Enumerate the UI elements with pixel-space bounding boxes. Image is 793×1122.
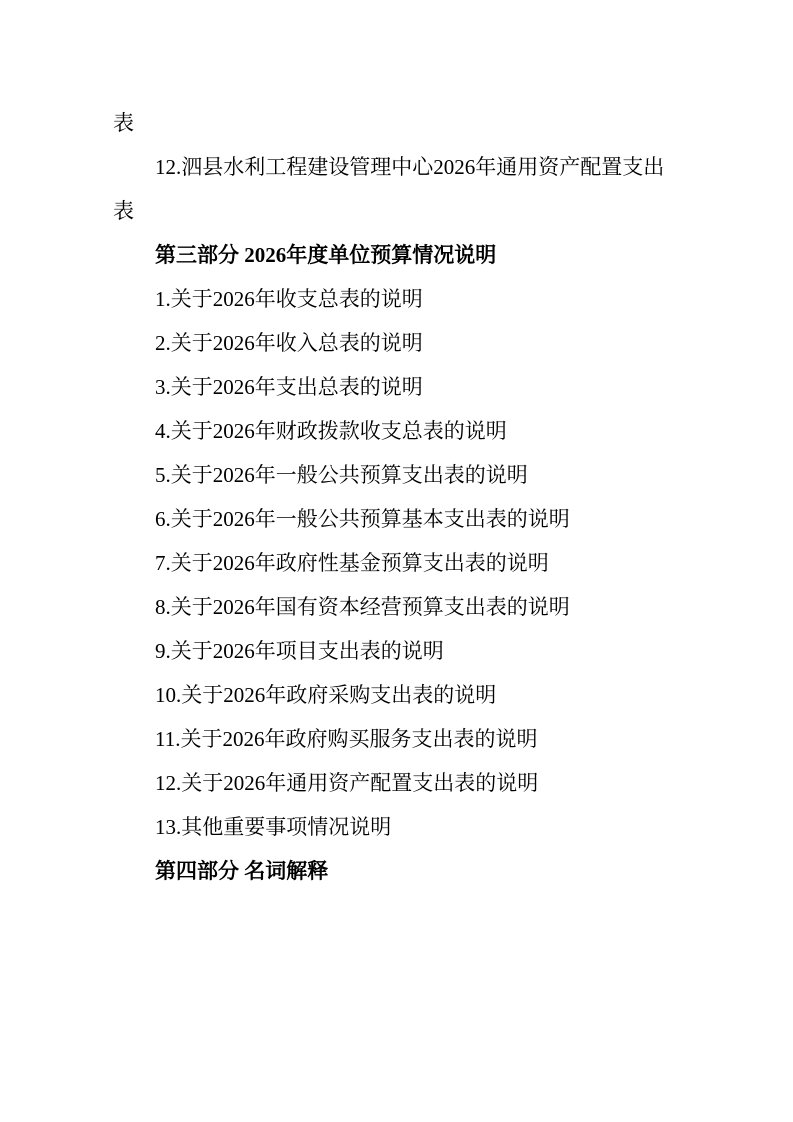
toc-item-part3-5: 5.关于2026年一般公共预算支出表的说明 <box>113 453 680 497</box>
toc-item-part3-9: 9.关于2026年项目支出表的说明 <box>113 629 680 673</box>
toc-item-part3-11: 11.关于2026年政府购买服务支出表的说明 <box>113 717 680 761</box>
toc-item-part3-2: 2.关于2026年收入总表的说明 <box>113 321 680 365</box>
toc-item-part3-8: 8.关于2026年国有资本经营预算支出表的说明 <box>113 585 680 629</box>
part4-heading: 第四部分 名词解释 <box>113 849 680 893</box>
toc-item-part2-12: 12.泗县水利工程建设管理中心2026年通用资产配置支出表 <box>113 145 680 233</box>
part3-heading: 第三部分 2026年度单位预算情况说明 <box>113 233 680 277</box>
toc-item-part3-3: 3.关于2026年支出总表的说明 <box>113 365 680 409</box>
toc-item-part3-6: 6.关于2026年一般公共预算基本支出表的说明 <box>113 497 680 541</box>
toc-item-part3-10: 10.关于2026年政府采购支出表的说明 <box>113 673 680 717</box>
toc-item-part3-1: 1.关于2026年收支总表的说明 <box>113 277 680 321</box>
toc-item-part3-4: 4.关于2026年财政拨款收支总表的说明 <box>113 409 680 453</box>
document-page: 表 12.泗县水利工程建设管理中心2026年通用资产配置支出表 第三部分 202… <box>0 0 793 1122</box>
toc-item-part3-13: 13.其他重要事项情况说明 <box>113 805 680 849</box>
toc-item-part3-7: 7.关于2026年政府性基金预算支出表的说明 <box>113 541 680 585</box>
carryover-text: 表 <box>113 101 680 145</box>
toc-item-part3-12: 12.关于2026年通用资产配置支出表的说明 <box>113 761 680 805</box>
